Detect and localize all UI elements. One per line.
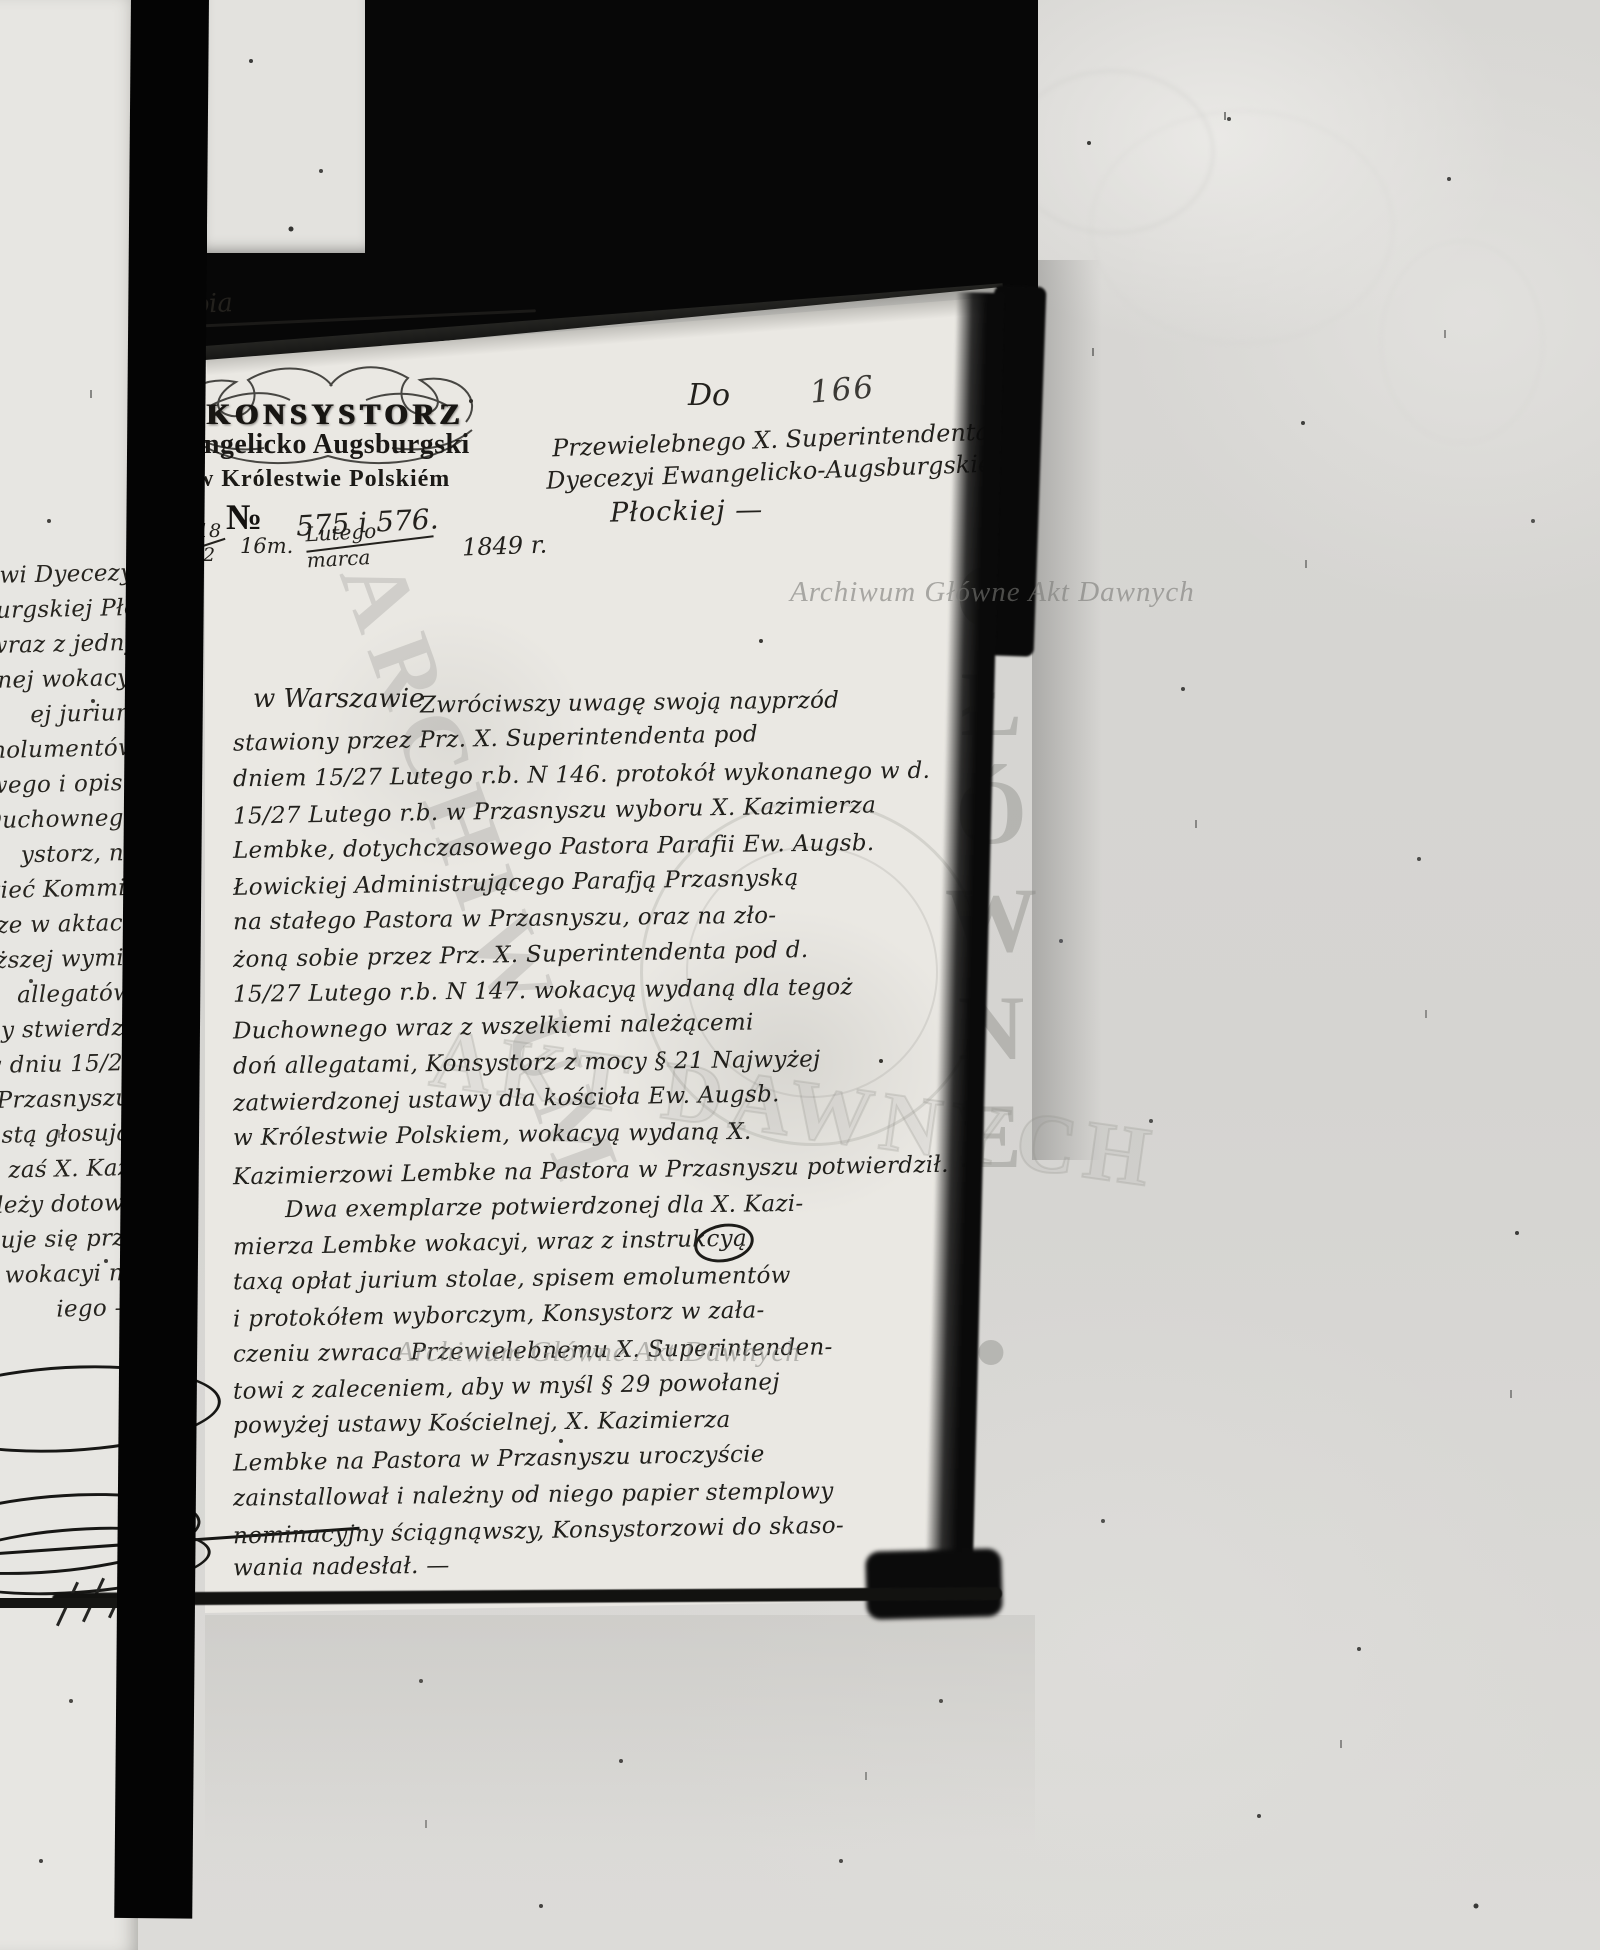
letterhead-title: KONSYSTORZ	[206, 398, 436, 432]
date-month-fraction: Lutego marca	[305, 517, 435, 571]
folio-number: 166	[809, 369, 877, 411]
date-month-old-style: Lutego	[305, 519, 377, 547]
date-day-new-style: 2	[203, 544, 215, 566]
dust-dashes	[0, 0, 2, 8]
body-line: Zwróciwszy uwagę swoją nayprzód	[420, 687, 840, 718]
archive-watermark: Archiwum Główne Akt Dawnych	[790, 576, 1195, 609]
address-line: Płockiej —	[610, 494, 764, 528]
backing-swirl	[1090, 110, 1394, 344]
below-page-smudge	[205, 1615, 1035, 1950]
archival-scan: towi Dyecezy. sburgskiej Pło wraz z jedn…	[0, 0, 1600, 1950]
place-line: w Warszawie	[253, 684, 424, 714]
film-top-left-frame	[207, 0, 365, 253]
page-corner-blotch	[865, 1548, 1003, 1620]
date-note: 16m.	[240, 534, 293, 558]
backing-swirl	[1380, 240, 1544, 444]
letterhead-region: w Królestwie Polskiém	[196, 466, 450, 493]
date-year: 1849 r.	[462, 531, 548, 562]
letterhead-number-sign: №	[226, 496, 262, 538]
body-line: wania nadesłał. —	[233, 1553, 450, 1582]
address-salutation: Do	[688, 378, 730, 413]
archive-watermark: Archiwum Główne Akt Dawnych	[396, 1336, 801, 1369]
